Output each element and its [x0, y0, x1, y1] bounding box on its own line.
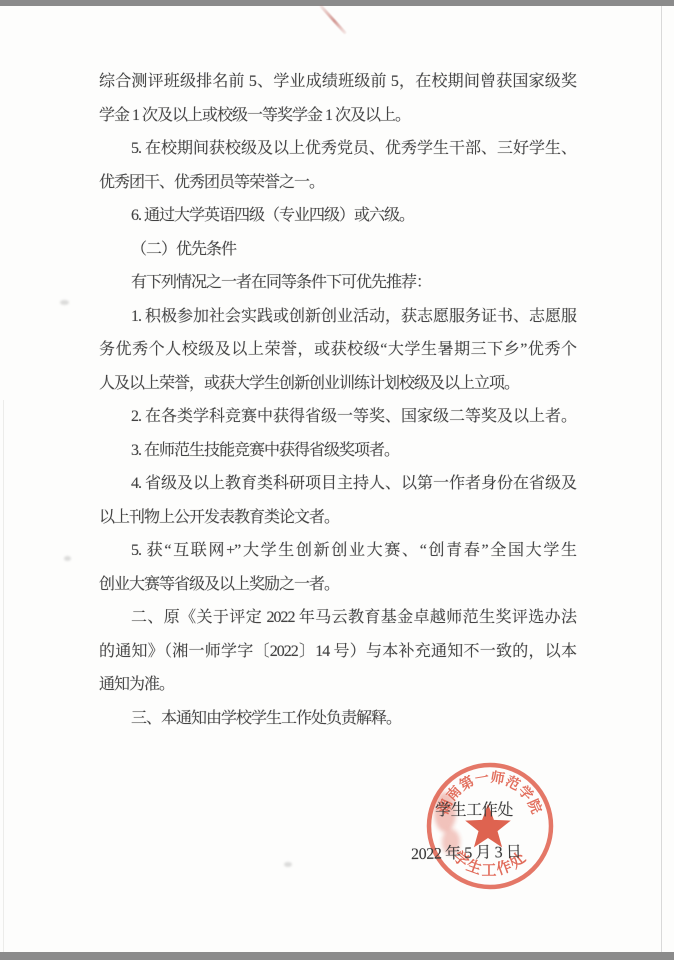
text-line: 4. 省级及以上教育类科研项目主持人、以第一作者身份在省级及 [99, 467, 576, 501]
text-line: 三、本通知由学校学生工作处负责解释。 [99, 702, 576, 736]
text-line: 6. 通过大学英语四级（专业四级）或六级。 [99, 199, 576, 233]
text-line: 5. 获“互联网+”大学生创新创业大赛、“创青春”全国大学生 [99, 534, 576, 568]
text-line: 综合测评班级排名前 5、学业成绩班级前 5，在校期间曾获国家级奖 [99, 65, 576, 99]
text-line: 的通知》（湘一师学字〔2022〕14 号）与本补充通知不一致的，以本 [99, 635, 576, 669]
text-line: 有下列情况之一者在同等条件下可优先推荐： [99, 266, 576, 300]
text-line: 1. 积极参加社会实践或创新创业活动，获志愿服务证书、志愿服 [99, 300, 576, 334]
scan-top-bar [0, 0, 674, 6]
text-line: 人及以上荣誉，或获大学生创新创业训练计划校级及以上立项。 [99, 367, 576, 401]
text-line: 5. 在校期间获校级及以上优秀党员、优秀学生干部、三好学生、 [99, 132, 576, 166]
scan-bottom-bar [0, 952, 674, 960]
scan-artifact-speck [64, 556, 71, 561]
page-right-edge [661, 6, 662, 952]
text-line: 优秀团干、优秀团员等荣誉之一。 [99, 166, 576, 200]
page-left-edge [3, 400, 4, 952]
text-line: 3. 在师范生技能竞赛中获得省级奖项者。 [99, 434, 576, 468]
document-body: 综合测评班级排名前 5、学业成绩班级前 5，在校期间曾获国家级奖学金 1 次及以… [99, 65, 576, 735]
scan-artifact-speck [60, 300, 69, 305]
signature-office: 学生工作处 [435, 797, 513, 820]
text-line: 以上刊物上公开发表教育类论文者。 [99, 501, 576, 535]
scan-artifact-speck [284, 862, 292, 867]
text-line: 二、原《关于评定 2022 年马云教育基金卓越师范生奖评选办法 [99, 601, 576, 635]
official-seal: 湖南第一师范学院 学生工作处 [420, 756, 560, 896]
text-line: （二）优先条件 [99, 233, 576, 267]
text-line: 创业大赛等省级及以上奖励之一者。 [99, 568, 576, 602]
text-line: 2. 在各类学科竞赛中获得省级一等奖、国家级二等奖及以上者。 [99, 400, 576, 434]
text-line: 通知为准。 [99, 668, 576, 702]
signature-date: 2022 年 5 月 3 日 [411, 839, 522, 864]
text-line: 务优秀个人校级及以上荣誉，或获校级“大学生暑期三下乡”优秀个 [99, 333, 576, 367]
text-line: 学金 1 次及以上或校级一等奖学金 1 次及以上。 [99, 99, 576, 133]
scan-artifact-red-streak [319, 4, 347, 34]
